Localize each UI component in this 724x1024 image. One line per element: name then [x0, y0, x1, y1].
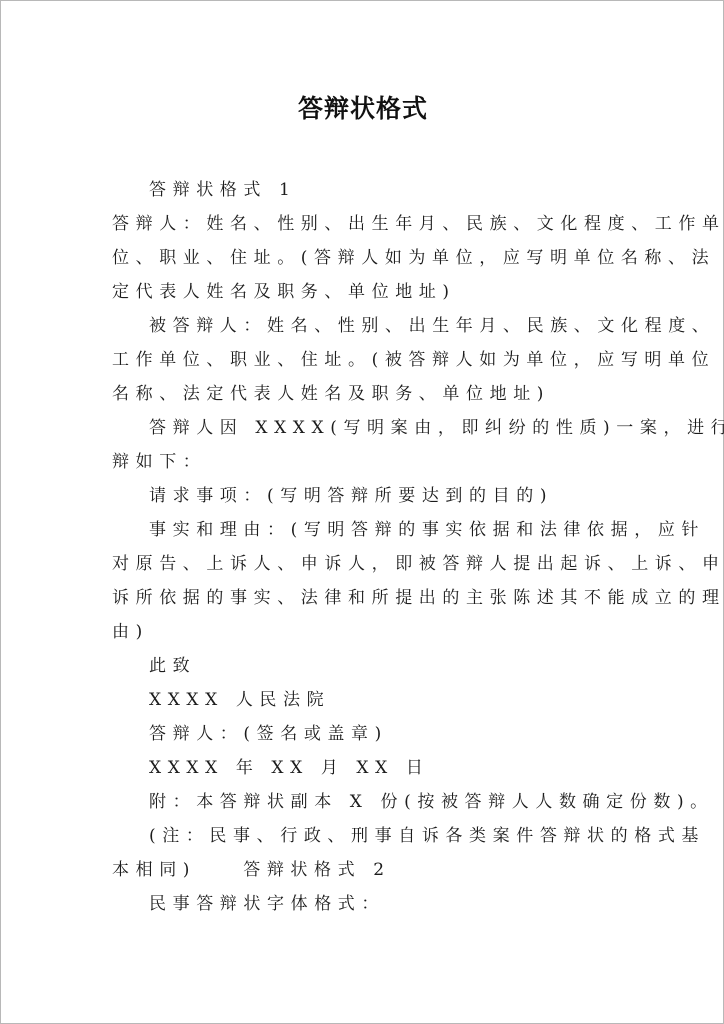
- paragraph-appellee-line-2: 工作单位、职业、住址。(被答辩人如为单位，应写明单位: [112, 343, 622, 377]
- paragraph-respondent-line-3: 定代表人姓名及职务、单位地址): [112, 275, 622, 309]
- paragraph-facts-line-3: 诉所依据的事实、法律和所提出的主张陈述其不能成立的理: [112, 581, 622, 615]
- document-body: 答辩状格式 1 答辩人：姓名、性别、出生年月、民族、文化程度、工作单 位、职业、…: [112, 173, 622, 921]
- remark-line-2: 本相同) 答辩状格式 2: [112, 853, 622, 887]
- closing-salutation: 此致: [112, 649, 622, 683]
- section-heading-font-format: 民事答辩状字体格式：: [112, 887, 622, 921]
- paragraph-case-line-2: 辩如下：: [112, 445, 622, 479]
- paragraph-case-line-1: 答辩人因 XXXX(写明案由，即纠纷的性质)一案，进行答: [112, 411, 622, 445]
- paragraph-facts-line-1: 事实和理由：(写明答辩的事实依据和法律依据，应针: [112, 513, 622, 547]
- court-name: XXXX 人民法院: [112, 683, 622, 717]
- document-title: 答辩状格式: [1, 89, 724, 125]
- paragraph-respondent-line-1: 答辩人：姓名、性别、出生年月、民族、文化程度、工作单: [112, 207, 622, 241]
- paragraph-appellee-line-1: 被答辩人：姓名、性别、出生年月、民族、文化程度、: [112, 309, 622, 343]
- paragraph-respondent-line-2: 位、职业、住址。(答辩人如为单位，应写明单位名称、法: [112, 241, 622, 275]
- section-heading-format-1: 答辩状格式 1: [112, 173, 622, 207]
- paragraph-facts-line-2: 对原告、上诉人、申诉人，即被答辩人提出起诉、上诉、申: [112, 547, 622, 581]
- remark-line-1: (注：民事、行政、刑事自诉各类案件答辩状的格式基: [112, 819, 622, 853]
- attachment-note: 附：本答辩状副本 X 份(按被答辩人人数确定份数)。: [112, 785, 622, 819]
- paragraph-claims: 请求事项：(写明答辩所要达到的目的): [112, 479, 622, 513]
- signature-line: 答辩人：(签名或盖章): [112, 717, 622, 751]
- paragraph-appellee-line-3: 名称、法定代表人姓名及职务、单位地址): [112, 377, 622, 411]
- document-page: 答辩状格式 答辩状格式 1 答辩人：姓名、性别、出生年月、民族、文化程度、工作单…: [0, 0, 724, 1024]
- paragraph-facts-line-4: 由): [112, 615, 622, 649]
- date-line: XXXX 年 XX 月 XX 日: [112, 751, 622, 785]
